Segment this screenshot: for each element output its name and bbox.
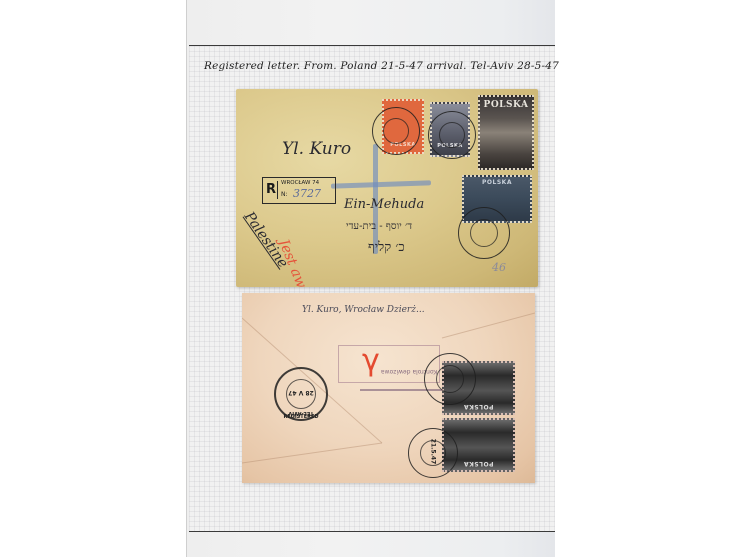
pencil-number: 46 <box>492 261 506 274</box>
page-caption: Registered letter. From. Poland 21-5-47 … <box>204 60 559 72</box>
stamp-castle: POLSKA <box>478 95 534 170</box>
stamp-country: POLSKA <box>480 100 532 110</box>
addressee-name: Yl. Kuro <box>282 139 351 159</box>
back-postmark-lower: 21.5.47 <box>408 428 458 478</box>
addressee-place: Ein-Mehuda <box>344 197 424 212</box>
stamp-country: POLSKA <box>464 179 530 186</box>
postmark-airplane-stamp <box>428 111 476 159</box>
registration-office: WROCŁAW 74 <box>281 180 319 186</box>
blue-crayon-cross-horizontal <box>331 180 431 188</box>
sender-address: Yl. Kuro, Wrocław Dzierż... <box>302 305 425 315</box>
postmark-registered: REGISTERED <box>276 414 326 420</box>
front-envelope[interactable]: POLSKA POLSKA POLSKA POLSKA R WROCŁAW 74… <box>236 89 538 287</box>
back-postmark-date: 21.5.47 <box>430 428 437 476</box>
postmark-date: 28 V 47 <box>276 389 326 396</box>
postmark-portraits-stamp <box>458 207 510 259</box>
red-mark: γ <box>362 343 380 378</box>
hebrew-address-line1: ד׳ יוסף - בית-עדי <box>346 221 412 232</box>
back-postmark-upper <box>424 353 476 405</box>
postmark-wroclaw <box>372 107 420 155</box>
back-envelope[interactable]: Yl. Kuro, Wrocław Dzierż... Kontrola dew… <box>242 293 535 483</box>
tel-aviv-registered-postmark: 28 V 47 TEL-AVIV REGISTERED <box>274 367 328 421</box>
registration-label: R WROCŁAW 74 N: 3727 <box>262 177 336 204</box>
registration-number: 3727 <box>293 187 321 200</box>
registration-number-prefix: N: <box>281 191 288 198</box>
registration-letter: R <box>265 181 278 199</box>
hebrew-address-line2: כ׳ קליף <box>368 239 405 255</box>
